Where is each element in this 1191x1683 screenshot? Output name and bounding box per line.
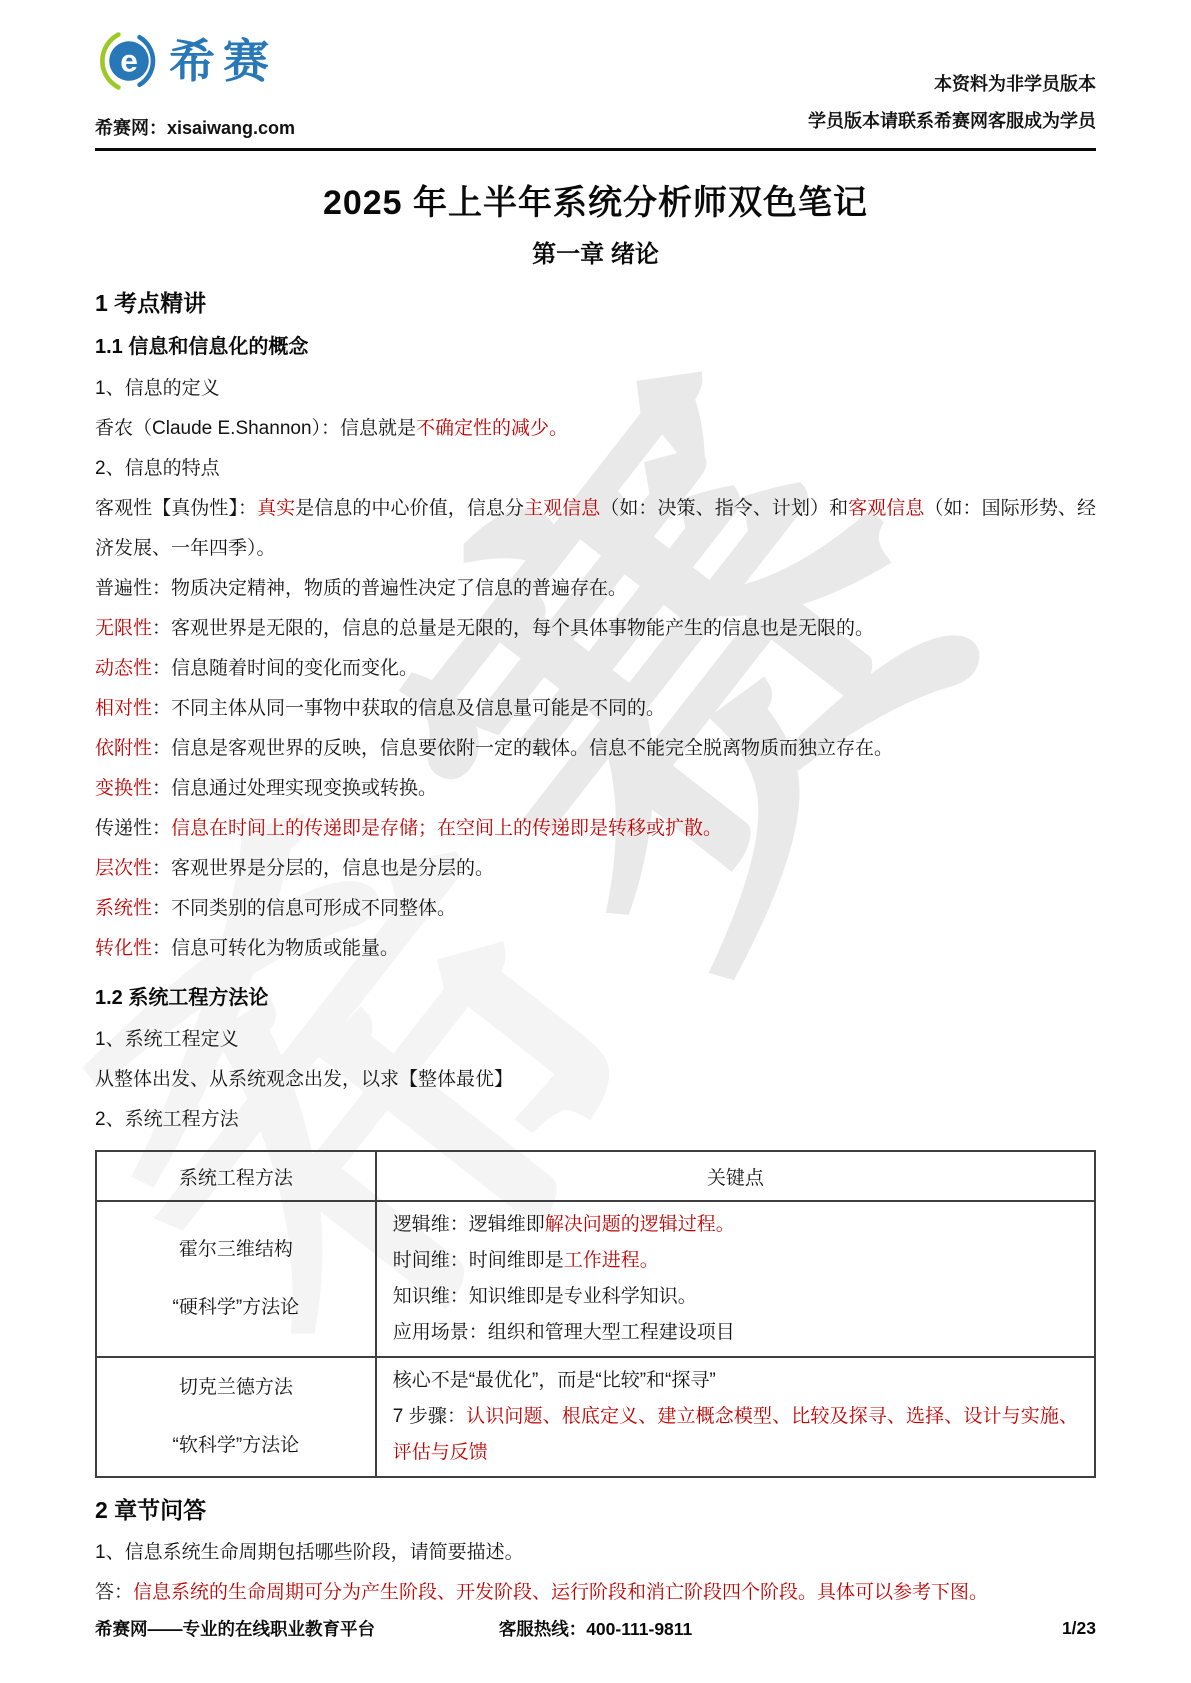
text-segment: 从整体出发、从系统观念出发，以求【整体最优】	[95, 1069, 513, 1090]
brand-logo: e 希赛	[95, 28, 295, 94]
text-segment: 解决问题的逻辑过程。	[545, 1214, 735, 1235]
chapter-title: 第一章 绪论	[95, 234, 1096, 269]
logo-e-icon: e	[95, 28, 163, 94]
paragraph: 普遍性：物质决定精神，物质的普遍性决定了信息的普遍存在。	[95, 569, 1096, 609]
page-header: e 希赛 希赛网：xisaiwang.com 本资料为非学员版本 学员版本请联系…	[95, 28, 1096, 151]
table-row: 切克兰德方法 “软科学”方法论 核心不是“最优化”，而是“比较”和“探寻” 7 …	[96, 1357, 1095, 1477]
text-segment: 系统性	[95, 898, 152, 919]
keypoints-cell: 逻辑维：逻辑维即解决问题的逻辑过程。 时间维：时间维即是工作进程。 知识维：知识…	[376, 1201, 1095, 1357]
text-segment: 转化性	[95, 938, 152, 959]
paragraph: 变换性：信息通过处理实现变换或转换。	[95, 769, 1096, 809]
page-title: 2025 年上半年系统分析师双色笔记	[95, 175, 1096, 224]
method-subtitle: “硬科学”方法论	[98, 1279, 374, 1337]
text-segment: （如：决策、指令、计划）和	[600, 498, 848, 519]
table-header-row: 系统工程方法 关键点	[96, 1151, 1095, 1201]
text-segment: 层次性	[95, 858, 152, 879]
paragraph: 系统性：不同类别的信息可形成不同整体。	[95, 889, 1096, 929]
text-segment: 2、系统工程方法	[95, 1109, 239, 1130]
svg-text:e: e	[120, 43, 138, 79]
document-page: 希 赛 e 希赛 希赛网：xisaiwang.com 本资料为非学员版本	[0, 0, 1191, 1683]
paragraph: 客观性【真伪性】：真实是信息的中心价值，信息分主观信息（如：决策、指令、计划）和…	[95, 489, 1096, 569]
text-segment: ：不同主体从同一事物中获取的信息及信息量可能是不同的。	[152, 698, 665, 719]
table-row: 霍尔三维结构 “硬科学”方法论 逻辑维：逻辑维即解决问题的逻辑过程。 时间维：时…	[96, 1201, 1095, 1357]
section-heading-1: 1 考点精讲	[95, 285, 1096, 318]
text-segment: 核心不是“最优化”，而是“比较”和“探寻”	[393, 1370, 716, 1391]
paragraph: 依附性：信息是客观世界的反映，信息要依附一定的载体。信息不能完全脱离物质而独立存…	[95, 729, 1096, 769]
text-segment: 是信息的中心价值，信息分	[295, 498, 524, 519]
text-segment: 信息在时间上的传递即是存储；在空间上的传递即是转移或扩散。	[171, 818, 722, 839]
keypoints-cell: 核心不是“最优化”，而是“比较”和“探寻” 7 步骤：认识问题、根底定义、建立概…	[376, 1357, 1095, 1477]
keypoint-line: 逻辑维：逻辑维即解决问题的逻辑过程。	[393, 1207, 1078, 1243]
systems-engineering-table: 系统工程方法 关键点 霍尔三维结构 “硬科学”方法论 逻辑维：逻辑维即解决问题的…	[95, 1150, 1096, 1478]
method-cell: 切克兰德方法 “软科学”方法论	[96, 1357, 376, 1477]
paragraph: 香农（Claude E.Shannon）：信息就是不确定性的减少。	[95, 409, 1096, 449]
paragraph: 动态性：信息随着时间的变化而变化。	[95, 649, 1096, 689]
text-segment: 不确定性的减少。	[416, 418, 568, 439]
method-name: 切克兰德方法	[98, 1359, 374, 1417]
text-segment: 1、信息的定义	[95, 378, 220, 399]
paragraph: 传递性：信息在时间上的传递即是存储；在空间上的传递即是转移或扩散。	[95, 809, 1096, 849]
text-segment: 逻辑维：逻辑维即	[393, 1214, 545, 1235]
text-segment: 认识问题、根底定义、建立概念模型、比较及探寻、选择、设计与实施、评估与反馈	[393, 1406, 1078, 1463]
table-header-method: 系统工程方法	[96, 1151, 376, 1201]
site-url: 希赛网：xisaiwang.com	[95, 114, 295, 140]
brand-name: 希赛	[169, 38, 277, 84]
text-segment: 答：	[95, 1582, 133, 1603]
text-segment: 真实	[257, 498, 295, 519]
text-segment: 无限性	[95, 618, 152, 639]
text-segment: 1、系统工程定义	[95, 1029, 239, 1050]
paragraph: 1、信息的定义	[95, 369, 1096, 409]
page-number: 1/23	[1062, 1618, 1096, 1639]
paragraph: 层次性：客观世界是分层的，信息也是分层的。	[95, 849, 1096, 889]
notice-bottom: 学员版本请联系希赛网客服成为学员	[808, 103, 1096, 140]
text-segment: 普遍性：物质决定精神，物质的普遍性决定了信息的普遍存在。	[95, 578, 627, 599]
text-segment: 客观信息	[848, 498, 924, 519]
method-cell: 霍尔三维结构 “硬科学”方法论	[96, 1201, 376, 1357]
paragraph: 1、系统工程定义	[95, 1020, 1096, 1060]
paragraph: 1、信息系统生命周期包括哪些阶段，请简要描述。	[95, 1533, 1096, 1573]
text-segment: 知识维：知识维即是专业科学知识。	[393, 1286, 697, 1307]
keypoint-line: 时间维：时间维即是工作进程。	[393, 1243, 1078, 1279]
text-segment: 变换性	[95, 778, 152, 799]
footer-hotline: 客服热线：400-111-9811	[499, 1616, 693, 1641]
text-segment: ：信息是客观世界的反映，信息要依附一定的载体。信息不能完全脱离物质而独立存在。	[152, 738, 893, 759]
text-segment: 1、信息系统生命周期包括哪些阶段，请简要描述。	[95, 1542, 524, 1563]
subsection-heading-1-2: 1.2 系统工程方法论	[95, 981, 1096, 1010]
method-subtitle: “软科学”方法论	[98, 1417, 374, 1475]
keypoint-line: 核心不是“最优化”，而是“比较”和“探寻”	[393, 1363, 1078, 1399]
text-segment: ：信息可转化为物质或能量。	[152, 938, 399, 959]
keypoint-line: 应用场景：组织和管理大型工程建设项目	[393, 1315, 1078, 1351]
text-segment: ：客观世界是分层的，信息也是分层的。	[152, 858, 494, 879]
text-segment: 主观信息	[524, 498, 600, 519]
method-name: 霍尔三维结构	[98, 1221, 374, 1279]
subsection-heading-1-1: 1.1 信息和信息化的概念	[95, 330, 1096, 359]
section-heading-2: 2 章节问答	[95, 1492, 1096, 1525]
paragraph: 从整体出发、从系统观念出发，以求【整体最优】	[95, 1060, 1096, 1100]
table-header-keypoints: 关键点	[376, 1151, 1095, 1201]
paragraph: 2、系统工程方法	[95, 1100, 1096, 1140]
page-footer: 希赛网——专业的在线职业教育平台 客服热线：400-111-9811 1/23	[95, 1616, 1096, 1641]
text-segment: ：信息通过处理实现变换或转换。	[152, 778, 437, 799]
text-segment: 动态性	[95, 658, 152, 679]
paragraph: 相对性：不同主体从同一事物中获取的信息及信息量可能是不同的。	[95, 689, 1096, 729]
text-segment: 应用场景：组织和管理大型工程建设项目	[393, 1322, 735, 1343]
text-segment: 2、信息的特点	[95, 458, 220, 479]
paragraph: 答：信息系统的生命周期可分为产生阶段、开发阶段、运行阶段和消亡阶段四个阶段。具体…	[95, 1573, 1096, 1613]
text-segment: 相对性	[95, 698, 152, 719]
paragraph: 转化性：信息可转化为物质或能量。	[95, 929, 1096, 969]
notice-top: 本资料为非学员版本	[808, 66, 1096, 103]
text-segment: ：信息随着时间的变化而变化。	[152, 658, 418, 679]
text-segment: 时间维：时间维即是	[393, 1250, 564, 1271]
text-segment: 香农（Claude E.Shannon）：信息就是	[95, 418, 416, 439]
text-segment: ：不同类别的信息可形成不同整体。	[152, 898, 456, 919]
keypoint-line: 7 步骤：认识问题、根底定义、建立概念模型、比较及探寻、选择、设计与实施、评估与…	[393, 1399, 1078, 1471]
text-segment: 工作进程。	[564, 1250, 659, 1271]
text-segment: ：客观世界是无限的，信息的总量是无限的，每个具体事物能产生的信息也是无限的。	[152, 618, 874, 639]
text-segment: 依附性	[95, 738, 152, 759]
keypoint-line: 知识维：知识维即是专业科学知识。	[393, 1279, 1078, 1315]
text-segment: 传递性：	[95, 818, 171, 839]
text-segment: 信息系统的生命周期可分为产生阶段、开发阶段、运行阶段和消亡阶段四个阶段。具体可以…	[133, 1582, 988, 1603]
paragraph: 2、信息的特点	[95, 449, 1096, 489]
footer-platform: 希赛网——专业的在线职业教育平台	[95, 1616, 375, 1641]
paragraph: 无限性：客观世界是无限的，信息的总量是无限的，每个具体事物能产生的信息也是无限的…	[95, 609, 1096, 649]
text-segment: 客观性【真伪性】：	[95, 498, 257, 519]
text-segment: 7 步骤：	[393, 1406, 466, 1427]
